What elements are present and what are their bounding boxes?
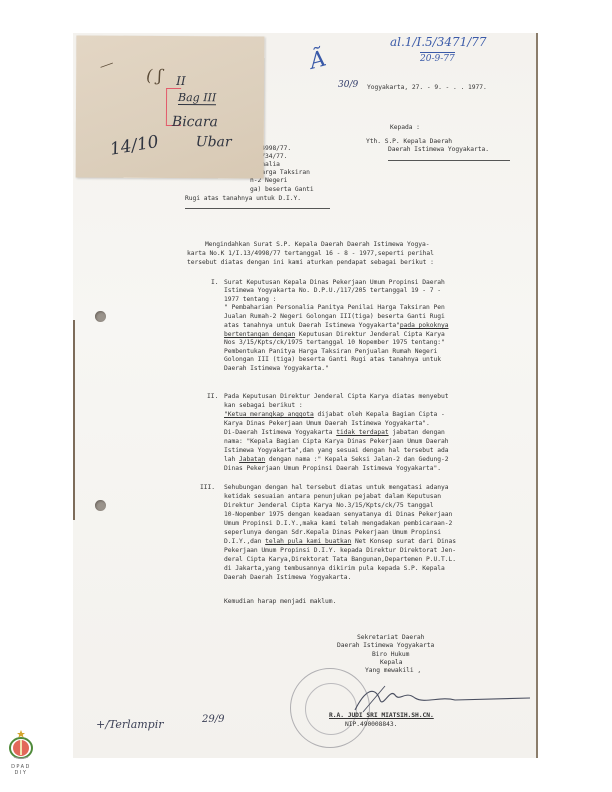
section-I-line: Golongan III (tiga) beserta Ganti Rugi a… — [224, 356, 441, 364]
reference-line: Rugi atas tanahnya untuk D.I.Y. — [185, 195, 301, 203]
section-II-line: nama: "Kepala Bagian Cipta Karya Dinas P… — [224, 438, 448, 446]
section-number: I. — [211, 279, 218, 287]
addressee-label: Kepada : — [390, 124, 420, 132]
punch-hole — [95, 311, 106, 322]
note-mark: Bicara — [172, 114, 218, 130]
section-I-line: Nos 3/15/Kpts/ck/1975 tertanggal 10 Nope… — [224, 339, 445, 347]
closing-line: Kemudian harap menjadi maklum. — [224, 598, 336, 606]
pasted-note-slip: ― ( ʃ II Bag III Bicara Ubar 14/10 — [76, 36, 265, 179]
signatory-nip: NIP.490008843. — [345, 721, 397, 729]
section-II-line: Di-Daerah Istimewa Yogyakarta tidak terd… — [224, 429, 445, 437]
signature-line: Yang mewakili , — [365, 667, 421, 675]
section-number: III. — [200, 484, 215, 492]
section-I-line: atas tanahnya untuk Daerah Istimewa Yogy… — [224, 322, 448, 330]
archive-number: al.1/I.5/3471/77 — [390, 35, 487, 49]
watermark-caption: DPAD DIY — [6, 764, 36, 776]
section-I-line: Surat Keputusan Kepala Dinas Pekerjaan U… — [224, 279, 445, 287]
section-II-line: Karya Dinas Pekerjaan Umum Daerah Istime… — [224, 420, 430, 428]
bottom-annotation: +/Terlampir — [96, 718, 164, 731]
section-I-line: bertentangan dengan Keputusan Direktur J… — [224, 331, 445, 339]
section-III-line: deral Cipta Karya,Direktorat Tata Bangun… — [224, 556, 456, 564]
note-mark: Bag III — [178, 91, 216, 105]
note-mark: Ubar — [196, 134, 232, 150]
addressee-line: Daerah Istimewa Yogyakarta. — [388, 146, 489, 154]
addressee-divider — [388, 160, 510, 161]
initial-date-mark: 30/9 — [338, 80, 358, 90]
signature-line: Biro Hukum — [372, 651, 409, 659]
section-III-line: Sehubungan dengan hal tersebut diatas un… — [224, 484, 448, 492]
place-date: Yogyakarta, 27. - 9. - . . 1977. — [367, 84, 487, 92]
note-date-mark: 14/10 — [108, 132, 160, 160]
section-III-line: ketidak sesuaian antara penunjukan pejab… — [224, 493, 441, 501]
section-III-line: Direktur Jenderal Cipta Karya No.3/15/Kp… — [224, 502, 434, 510]
section-II-line: kan sebagai berikut : — [224, 402, 303, 410]
bottom-initial-date: 29/9 — [202, 714, 224, 725]
underlined-phrase: pada pokoknya — [400, 322, 449, 329]
addressee-line: Yth. S.P. Kepala Daerah — [366, 138, 452, 146]
section-III-line: Umum Propinsi D.I.Y.,maka kami telah men… — [224, 520, 452, 528]
section-I-line: " Pembaharian Personalia Panitya Penilai… — [224, 304, 445, 312]
signature-line: Sekretariat Daerah — [357, 634, 424, 642]
archive-date: 20-9-77 — [420, 52, 455, 64]
page-fold-edge — [73, 320, 75, 520]
section-I-line: Daerah Istimewa Yogyakarta." — [224, 365, 329, 373]
section-III-line: Daerah Daerah Istimewa Yogyakarta. — [224, 574, 351, 582]
section-number: II. — [207, 393, 218, 401]
intro-line: tersebut diatas dengan ini kami aturkan … — [187, 259, 434, 267]
section-III-line: 10-Nopember 1975 dengan keadaan senyatan… — [224, 511, 452, 519]
section-I-line: Pembentukan Panitya Harga Taksiran Penju… — [224, 348, 437, 356]
section-III-line: D.I.Y.,dan telah pula kami buatkan Net K… — [224, 538, 456, 546]
intro-line: Mengindahkan Surat S.P. Kepala Daerah Da… — [205, 241, 429, 249]
section-II-line: lah Jabatan dengan nama :" Kepala Seksi … — [224, 456, 448, 464]
signatory-name: R.A. JUDI SRI MIATSIH.SH.CN. — [329, 712, 434, 720]
underlined-phrase: bertentangan dengan — [224, 331, 295, 338]
section-I-line: 1977 tentang : — [224, 296, 276, 304]
section-I-line: Jualan Rumah-2 Negeri Golongan III(tiga)… — [224, 313, 445, 321]
section-III-line: di Jakarta,yang tembusannya dikirim pula… — [224, 565, 445, 573]
section-II-line: Pada Keputusan Direktur Jenderal Cipta K… — [224, 393, 448, 401]
intro-line: karta No.K 1/I.13/4998/77 tertanggal 16 … — [187, 250, 434, 258]
note-mark: II — [176, 74, 186, 88]
punch-hole — [95, 500, 106, 511]
section-II-line: Istimewa Yogyakarta",dan yang sesuai den… — [224, 447, 448, 455]
signature-line: Kepala — [380, 659, 402, 667]
section-I-line: Istimewa Yogyakarta No. D.P.U./117/205 t… — [224, 287, 441, 295]
section-II-line: "Ketua merangkap anggota dijabat oleh Ke… — [224, 411, 445, 419]
signature-line: Daerah Istimewa Yogyakarta — [337, 642, 434, 650]
section-III-line: seperlunya dengan Sdr.Kepala Dinas Peker… — [224, 529, 441, 537]
reference-line: ga) beserta Ganti — [250, 186, 314, 194]
section-III-line: Pekerjaan Umum Propinsi D.I.Y. kepada Di… — [224, 547, 456, 555]
reference-divider — [185, 208, 330, 209]
dpad-diy-emblem-icon — [8, 730, 34, 760]
section-II-line: Dinas Pekerjaan Umum Propinsi Daerah Ist… — [224, 465, 441, 473]
